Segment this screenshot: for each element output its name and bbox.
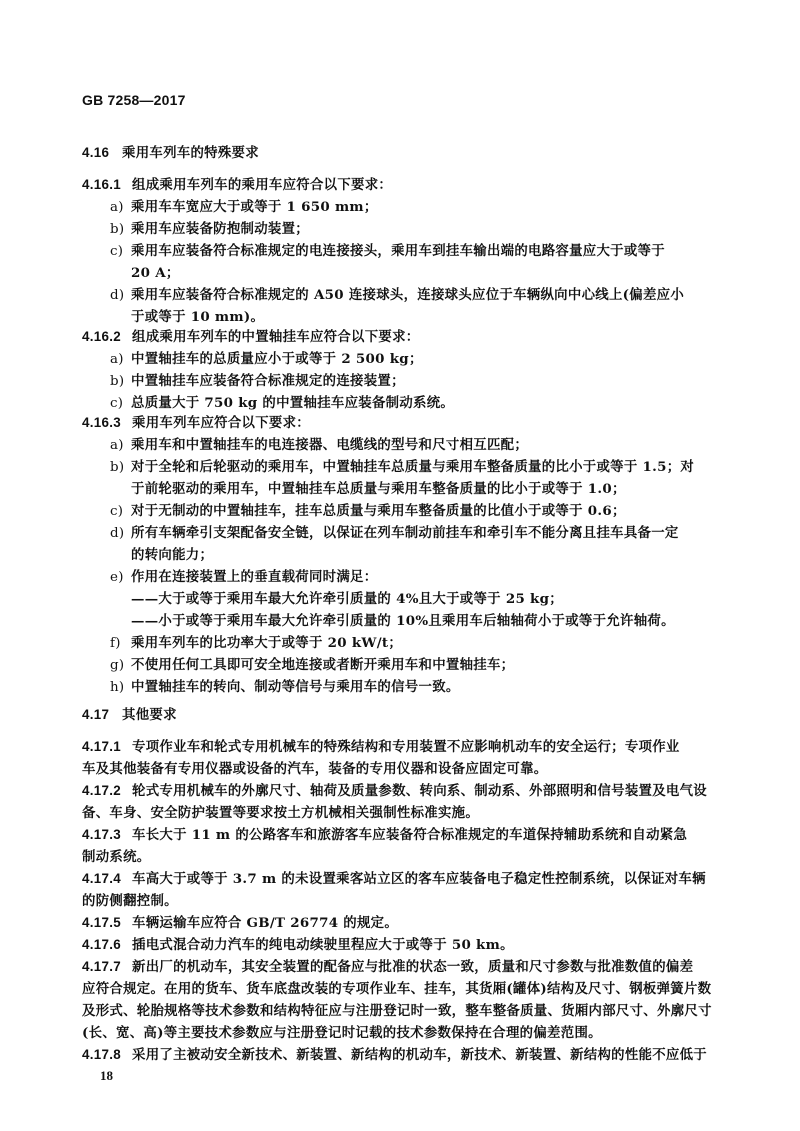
paragraph-4-17-8: 4.17.8采用了主被动安全新技术、新装置、新结构的机动车，新技术、新装置、新结… (82, 1044, 714, 1066)
paragraph-4-17-3: 4.17.3车长大于 11 m 的公路客车和旅游客车应装备符合标准规定的车道保持… (82, 824, 714, 846)
list-item: a)乘用车车宽应大于或等于 1 650 mm； (110, 196, 714, 219)
list-item: e)作用在连接装置上的垂直载荷同时满足： (110, 566, 714, 589)
list-item: a)中置轴挂车的总质量应小于或等于 2 500 kg； (110, 348, 714, 371)
paragraph-4-17-5: 4.17.5车辆运输车应符合 GB/T 26774 的规定。 (82, 912, 714, 934)
list-item-continuation: 20 A； (131, 262, 714, 284)
document-page: GB 7258—2017 4.16乘用车列车的特殊要求 4.16.1组成乘用车列… (0, 0, 800, 1131)
section-heading-4-16: 4.16乘用车列车的特殊要求 (82, 142, 714, 164)
standard-id-header: GB 7258—2017 (82, 92, 186, 108)
list-item-continuation: 于前轮驱动的乘用车，中置轴挂车总质量与乘用车整备质量的比小于或等于 1.0； (131, 478, 714, 500)
page-number: 18 (100, 1068, 113, 1084)
paragraph-4-17-1: 4.17.1专项作业车和轮式专用机械车的特殊结构和专用装置不应影响机动车的安全运… (82, 736, 714, 758)
list-item: b)对于全轮和后轮驱动的乘用车，中置轴挂车总质量与乘用车整备质量的比小于或等于 … (110, 456, 714, 479)
section-title: 乘用车列车的特殊要求 (122, 145, 259, 161)
list-item: c)乘用车应装备符合标准规定的电连接接头，乘用车到挂车输出端的电路容量应大于或等… (110, 240, 714, 263)
dash-item: ——小于或等于乘用车最大允许牵引质量的 10%且乘用车后轴轴荷小于或等于允许轴荷… (131, 610, 763, 632)
paragraph-4-17-6: 4.17.6插电式混合动力汽车的纯电动续驶里程应大于或等于 50 km。 (82, 934, 714, 956)
paragraph-continuation: 制动系统。 (82, 846, 714, 868)
list-item: a)乘用车和中置轴挂车的电连接器、电缆线的型号和尺寸相互匹配； (110, 434, 714, 457)
list-item: g)不使用任何工具即可安全地连接或者断开乘用车和中置轴挂车； (110, 654, 714, 677)
paragraph-4-17-7: 4.17.7新出厂的机动车，其安全装置的配备应与批准的状态一致，质量和尺寸参数与… (82, 956, 714, 978)
paragraph-continuation: 的防侧翻控制。 (82, 890, 714, 912)
paragraph-4-17-4: 4.17.4车高大于或等于 3.7 m 的未设置乘客站立区的客车应装备电子稳定性… (82, 868, 714, 890)
section-heading-4-17: 4.17其他要求 (82, 704, 714, 726)
paragraph-continuation: (长、宽、高)等主要技术参数应与注册登记时记载的技术参数保持在合理的偏差范围。 (82, 1022, 714, 1044)
paragraph-continuation: 及形式、轮胎规格等技术参数和结构特征应与注册登记时一致，整车整备质量、货厢内部尺… (82, 1000, 714, 1022)
dash-item: ——大于或等于乘用车最大允许牵引质量的 4%且大于或等于 25 kg； (131, 588, 763, 610)
paragraph-continuation: 备、车身、安全防护装置等要求按土方机械相关强制性标准实施。 (82, 802, 714, 824)
clause-4-16-3: 4.16.3乘用车列车应符合以下要求： (82, 412, 714, 434)
list-item-continuation: 于或等于 10 mm)。 (131, 306, 714, 328)
paragraph-continuation: 应符合规定。在用的货车、货车底盘改装的专项作业车、挂车，其货厢(罐体)结构及尺寸… (82, 978, 714, 1000)
list-item: h)中置轴挂车的转向、制动等信号与乘用车的信号一致。 (110, 676, 714, 699)
section-title: 其他要求 (122, 707, 177, 723)
clause-4-16-1: 4.16.1组成乘用车列车的乘用车应符合以下要求： (82, 174, 714, 196)
list-item: b)中置轴挂车应装备符合标准规定的连接装置； (110, 370, 714, 393)
list-item: c)对于无制动的中置轴挂车，挂车总质量与乘用车整备质量的比值小于或等于 0.6； (110, 500, 714, 523)
list-item: d)乘用车应装备符合标准规定的 A50 连接球头，连接球头应位于车辆纵向中心线上… (110, 284, 714, 307)
list-item: b)乘用车应装备防抱制动装置； (110, 218, 714, 241)
clause-4-16-2: 4.16.2组成乘用车列车的中置轴挂车应符合以下要求： (82, 326, 714, 348)
list-item: f)乘用车列车的比功率大于或等于 20 kW/t； (110, 632, 714, 655)
list-item-continuation: 的转向能力； (131, 544, 714, 566)
list-item: d)所有车辆牵引支架配备安全链，以保证在列车制动前挂车和牵引车不能分离且挂车具备… (110, 522, 714, 545)
paragraph-continuation: 车及其他装备有专用仪器或设备的汽车，装备的专用仪器和设备应固定可靠。 (82, 758, 714, 780)
paragraph-4-17-2: 4.17.2轮式专用机械车的外廓尺寸、轴荷及质量参数、转向系、制动系、外部照明和… (82, 780, 714, 802)
